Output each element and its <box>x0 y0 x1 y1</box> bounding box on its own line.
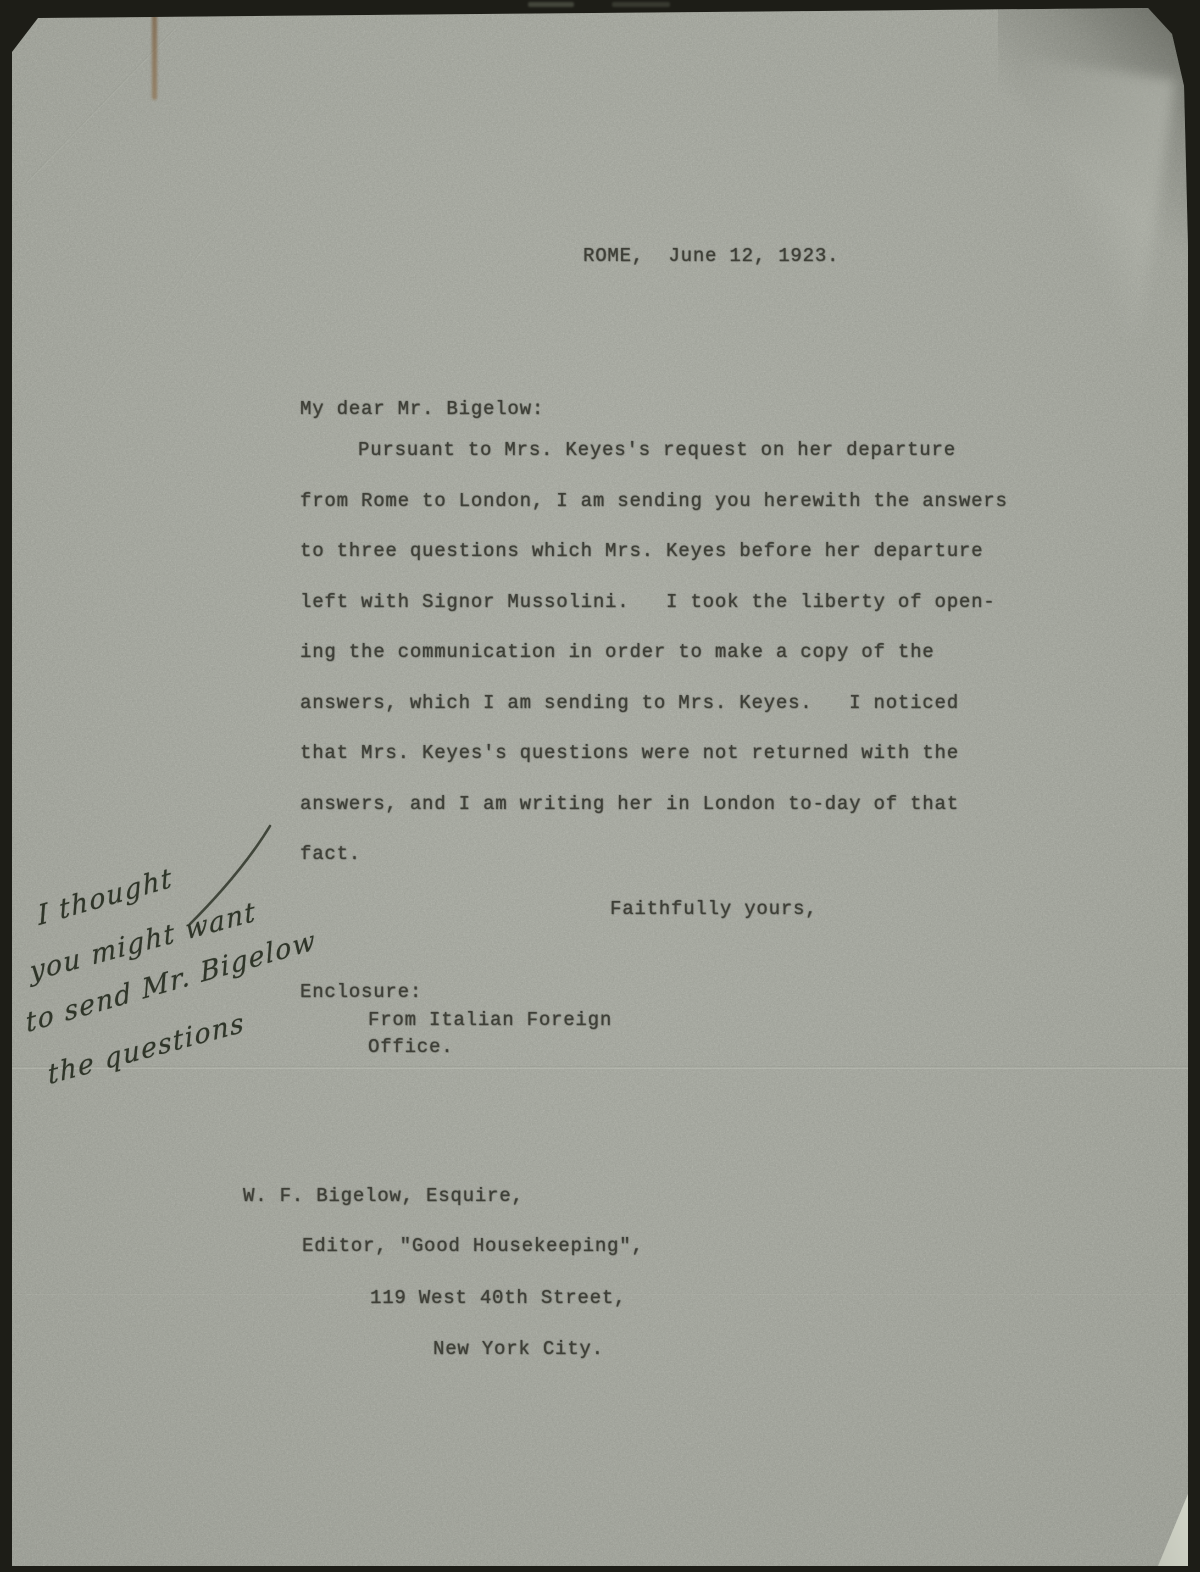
body-line: fact. <box>300 843 1008 894</box>
body-line: ing the communication in order to make a… <box>300 641 1008 692</box>
salutation: My dear Mr. Bigelow: <box>300 398 544 420</box>
body-line: left with Signor Mussolini. I took the l… <box>300 591 1008 642</box>
bottom-right-corner-fold <box>1158 1494 1188 1566</box>
enclosure-line: From Italian Foreign <box>368 1009 612 1031</box>
enclosure-label: Enclosure: <box>300 981 422 1003</box>
recipient-line: Editor, "Good Housekeeping", <box>302 1235 644 1257</box>
recipient-line: New York City. <box>433 1338 604 1360</box>
recipient-line: 119 West 40th Street, <box>370 1287 626 1309</box>
body-line: from Rome to London, I am sending you he… <box>300 490 1008 541</box>
recipient-line: W. F. Bigelow, Esquire, <box>243 1185 524 1207</box>
dateline: ROME, June 12, 1923. <box>583 245 839 267</box>
body-line: to three questions which Mrs. Keyes befo… <box>300 540 1008 591</box>
folded-corner-shadow <box>998 8 1188 328</box>
body-line: answers, which I am sending to Mrs. Keye… <box>300 692 1008 743</box>
body-line: Pursuant to Mrs. Keyes's request on her … <box>300 439 1008 490</box>
scanned-letter-view: ROME, June 12, 1923. My dear Mr. Bigelow… <box>0 0 1200 1572</box>
corner-crease <box>70 82 324 431</box>
horizontal-fold-crease <box>12 1066 1188 1069</box>
scan-edge-artifact <box>528 2 574 7</box>
corner-crease <box>120 314 244 545</box>
handwritten-note-line: I thought <box>36 862 174 932</box>
paper-stain <box>152 10 157 100</box>
enclosure-line: Office. <box>368 1036 453 1058</box>
scan-edge-artifact <box>612 2 670 7</box>
folded-corner-highlight <box>991 59 1176 337</box>
body-line: that Mrs. Keyes's questions were not ret… <box>300 742 1008 793</box>
body-line: answers, and I am writing her in London … <box>300 793 1008 844</box>
letter-page: ROME, June 12, 1923. My dear Mr. Bigelow… <box>12 8 1188 1566</box>
corner-crease <box>26 27 177 183</box>
closing-valediction: Faithfully yours, <box>610 898 817 920</box>
letter-body: Pursuant to Mrs. Keyes's request on her … <box>300 439 1008 894</box>
